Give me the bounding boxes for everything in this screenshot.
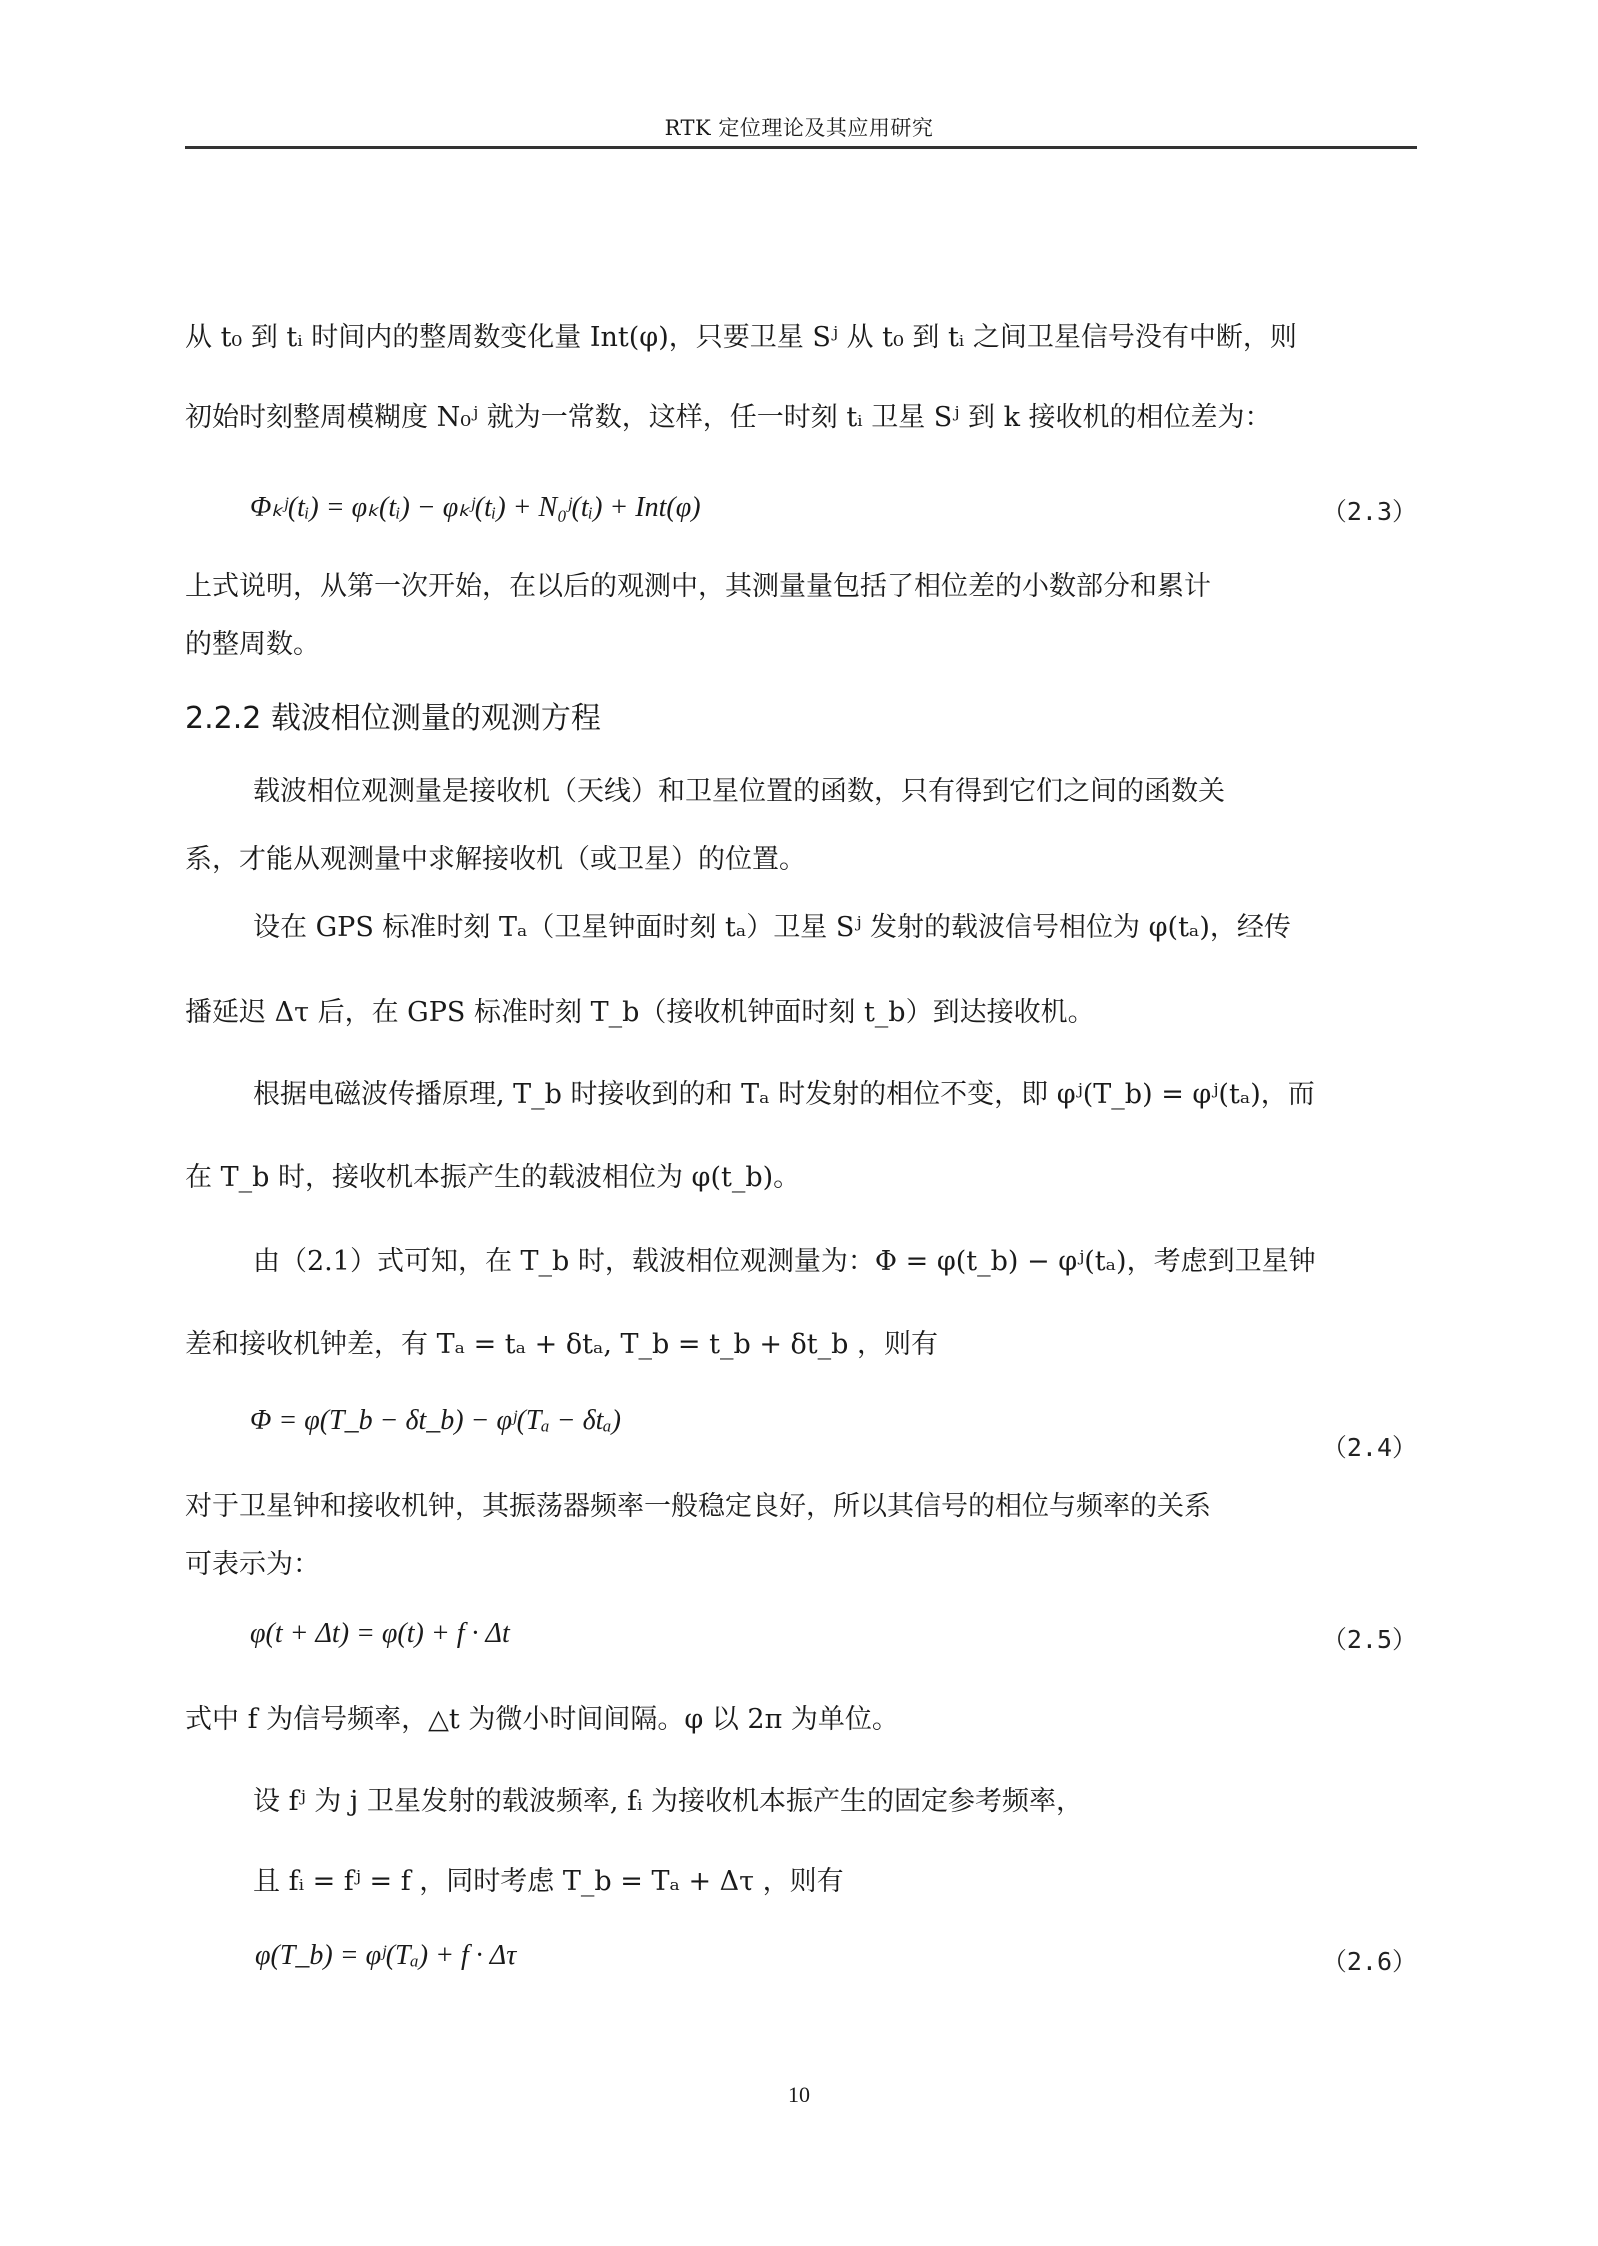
equation-number: （2.4） xyxy=(1322,1428,1417,1464)
paragraph-line: 差和接收机钟差，有 Tₐ = tₐ + δtₐ, T_b = t_b + δt_… xyxy=(185,1325,1417,1365)
page-number: 10 xyxy=(0,2082,1598,2108)
section-title: 载波相位测量的观测方程 xyxy=(271,701,601,736)
equation-number: （2.5） xyxy=(1322,1620,1417,1656)
paragraph-line: 上式说明，从第一次开始，在以后的观测中，其测量量包括了相位差的小数部分和累计 xyxy=(185,567,1417,607)
paragraph-line: 在 T_b 时，接收机本振产生的载波相位为 φ(t_b)。 xyxy=(185,1158,1417,1198)
equation-2-5: φ(t + Δt) = φ(t) + f · Δt xyxy=(250,1618,510,1650)
paragraph-line: 式中 f 为信号频率，△t 为微小时间间隔。φ 以 2π 为单位。 xyxy=(185,1700,1417,1740)
paragraph-line: 载波相位观测量是接收机（天线）和卫星位置的函数，只有得到它们之间的函数关 xyxy=(253,772,1417,812)
paragraph-line: 初始时刻整周模糊度 N₀ʲ 就为一常数，这样，任一时刻 tᵢ 卫星 Sʲ 到 k… xyxy=(185,398,1417,438)
equation-2-6: φ(T_b) = φʲ(Tₐ) + f · Δτ xyxy=(255,1940,516,1972)
paragraph-line: 对于卫星钟和接收机钟，其振荡器频率一般稳定良好，所以其信号的相位与频率的关系 xyxy=(185,1487,1417,1527)
running-header: RTK 定位理论及其应用研究 xyxy=(0,112,1598,142)
paragraph-line: 设在 GPS 标准时刻 Tₐ（卫星钟面时刻 tₐ）卫星 Sʲ 发射的载波信号相位… xyxy=(253,908,1417,948)
paragraph-line: 系，才能从观测量中求解接收机（或卫星）的位置。 xyxy=(185,840,1417,880)
equation-number: （2.6） xyxy=(1322,1942,1417,1978)
equation-number: （2.3） xyxy=(1322,492,1417,528)
equation-2-3: Φₖʲ(tᵢ) = φₖ(tᵢ) − φₖʲ(tᵢ) + N₀ʲ(tᵢ) + I… xyxy=(250,490,701,524)
header-divider xyxy=(185,146,1417,149)
paragraph-line: 从 t₀ 到 tᵢ 时间内的整周数变化量 Int(φ)，只要卫星 Sʲ 从 t₀… xyxy=(185,318,1417,358)
paragraph-line: 播延迟 Δτ 后，在 GPS 标准时刻 T_b（接收机钟面时刻 t_b）到达接收… xyxy=(185,993,1417,1033)
paragraph-line: 的整周数。 xyxy=(185,625,1417,665)
section-heading: 2.2.2 载波相位测量的观测方程 xyxy=(185,693,601,737)
paragraph-line: 可表示为： xyxy=(185,1545,1417,1585)
section-number: 2.2.2 xyxy=(185,701,261,736)
paragraph-line: 由（2.1）式可知，在 T_b 时，载波相位观测量为：Φ = φ(t_b) − … xyxy=(253,1242,1417,1282)
paragraph-line: 且 fᵢ = fʲ = f ，同时考虑 T_b = Tₐ + Δτ ，则有 xyxy=(253,1862,1417,1902)
equation-2-4: Φ = φ(T_b − δt_b) − φʲ(Tₐ − δtₐ) xyxy=(250,1405,621,1437)
paragraph-line: 设 fʲ 为 j 卫星发射的载波频率, fᵢ 为接收机本振产生的固定参考频率， xyxy=(253,1782,1417,1822)
paragraph-line: 根据电磁波传播原理, T_b 时接收到的和 Tₐ 时发射的相位不变，即 φʲ(T… xyxy=(253,1075,1417,1115)
